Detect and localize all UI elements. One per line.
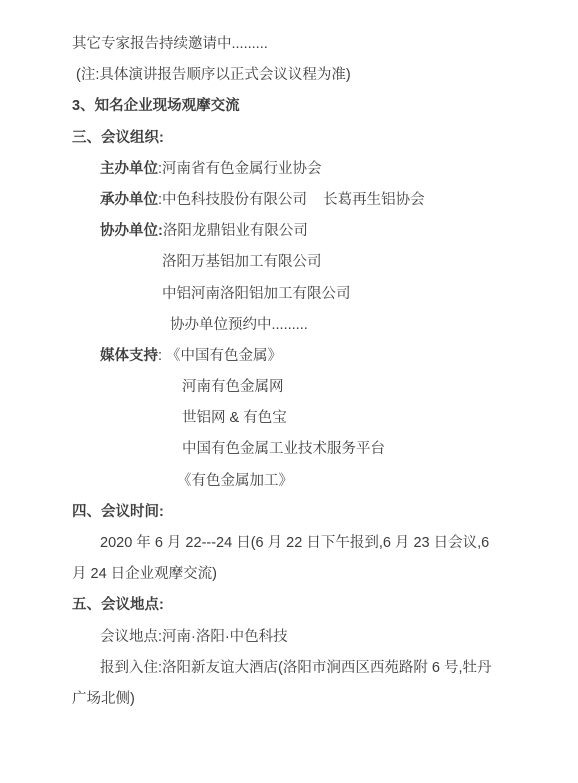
doc-text: 洛阳龙鼎铝业有限公司: [163, 223, 308, 239]
media-support-1: 媒体支持: 《中国有色金属》: [72, 341, 578, 372]
document-body: 其它专家报告持续邀请中.........(注:具体演讲报告顺序以正式会议议程为准…: [72, 29, 578, 715]
media-support-4: 中国有色金属工业技术服务平台: [72, 434, 578, 465]
doc-text-bold: 媒体支持: [100, 348, 158, 364]
doc-text: :中色科技股份有限公司 长葛再生铝协会: [158, 192, 425, 208]
doc-text-bold: 主办单位: [100, 161, 158, 177]
co-organizer-3: 中铝河南洛阳铝加工有限公司: [72, 279, 578, 310]
time-detail-line-1: 2020 年 6 月 22---24 日(6 月 22 日下午报到,6 月 23…: [72, 528, 578, 559]
doc-text: :河南省有色金属行业协会: [158, 161, 322, 177]
undertaking-organizer: 承办单位:中色科技股份有限公司 长葛再生铝协会: [72, 185, 578, 216]
co-organizer-1: 协办单位:洛阳龙鼎铝业有限公司: [72, 216, 578, 247]
section-5-conference-location: 五、会议地点:: [72, 590, 578, 621]
doc-text-bold: 三、会议组织:: [72, 130, 164, 146]
doc-text-bold: 承办单位: [100, 192, 158, 208]
doc-text: 洛阳万基铝加工有限公司: [162, 254, 322, 270]
media-support-5: 《有色金属加工》: [72, 466, 578, 497]
doc-text: 会议地点:河南·洛阳·中色科技: [100, 629, 288, 645]
doc-text: 中铝河南洛阳铝加工有限公司: [162, 286, 351, 302]
media-support-3: 世铝网 & 有色宝: [72, 403, 578, 434]
other-expert-reports-note: 其它专家报告持续邀请中.........: [72, 29, 578, 60]
location-hotel-line-1: 报到入住:洛阳新友谊大酒店(洛阳市涧西区西苑路附 6 号,牡丹: [72, 653, 578, 684]
doc-text: 其它专家报告持续邀请中.........: [72, 36, 268, 52]
doc-text: 世铝网 & 有色宝: [182, 410, 287, 426]
host-organizer: 主办单位:河南省有色金属行业协会: [72, 154, 578, 185]
doc-text: 中国有色金属工业技术服务平台: [182, 441, 385, 457]
item-3-company-site-visit: 3、知名企业现场观摩交流: [72, 91, 578, 122]
media-support-2: 河南有色金属网: [72, 372, 578, 403]
doc-text: 报到入住:洛阳新友谊大酒店(洛阳市涧西区西苑路附 6 号,牡丹: [100, 660, 492, 676]
location-hotel-line-2: 广场北侧): [72, 684, 578, 715]
doc-text: : 《中国有色金属》: [158, 348, 282, 364]
section-4-conference-time: 四、会议时间:: [72, 497, 578, 528]
doc-text: (注:具体演讲报告顺序以正式会议议程为准): [76, 67, 351, 83]
doc-text-bold: 五、会议地点:: [72, 597, 164, 613]
co-organizer-pending: 协办单位预约中.........: [72, 310, 578, 341]
location-venue: 会议地点:河南·洛阳·中色科技: [72, 622, 578, 653]
doc-text-bold: 3、知名企业现场观摩交流: [72, 98, 240, 114]
doc-text: 《有色金属加工》: [177, 473, 293, 489]
document-page: 其它专家报告持续邀请中.........(注:具体演讲报告顺序以正式会议议程为准…: [0, 0, 578, 783]
doc-text: 河南有色金属网: [182, 379, 284, 395]
doc-text-bold: 协办单位:: [100, 223, 163, 239]
doc-text: 协办单位预约中.........: [170, 317, 308, 333]
doc-text: 广场北侧): [72, 691, 135, 707]
doc-text: 2020 年 6 月 22---24 日(6 月 22 日下午报到,6 月 23…: [100, 535, 489, 551]
section-3-conference-organization: 三、会议组织:: [72, 123, 578, 154]
doc-text: 月 24 日企业观摩交流): [72, 566, 217, 582]
co-organizer-2: 洛阳万基铝加工有限公司: [72, 247, 578, 278]
agenda-order-note: (注:具体演讲报告顺序以正式会议议程为准): [72, 60, 578, 91]
time-detail-line-2: 月 24 日企业观摩交流): [72, 559, 578, 590]
doc-text-bold: 四、会议时间:: [72, 504, 164, 520]
